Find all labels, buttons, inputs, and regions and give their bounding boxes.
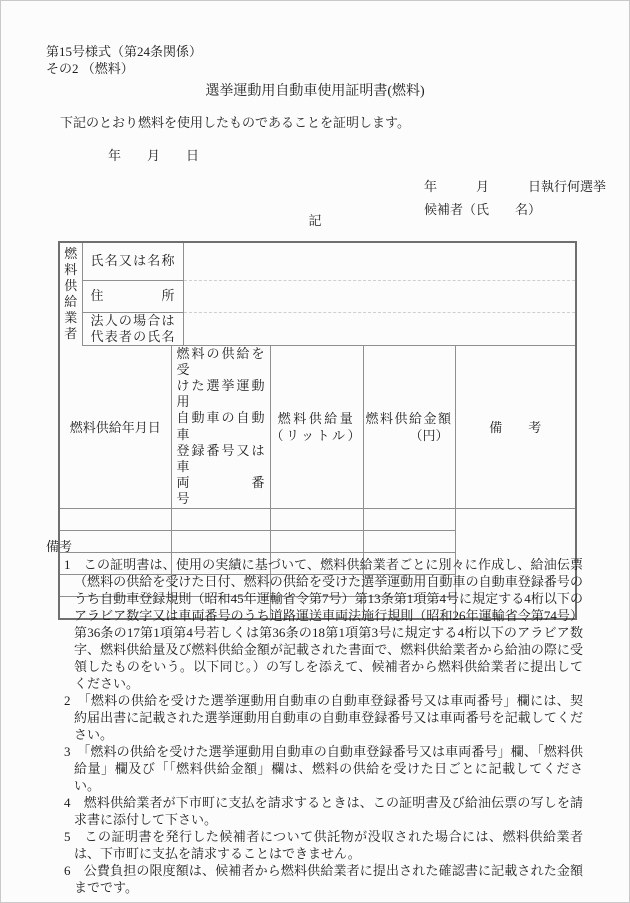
header-fuel-amount-line2: （円） xyxy=(364,427,455,444)
ledger-header-row: 燃料供給年月日 燃料の供給を受 けた選挙運動用 自動車の自動車 登録番号又は車 … xyxy=(60,346,575,509)
supplier-name-value[interactable] xyxy=(183,243,575,280)
notes-label: 備考 xyxy=(46,538,583,555)
supplier-name-label: 氏名又は名称 xyxy=(82,243,183,280)
supplier-representative-row: 法人の場合は 代表者の氏名 xyxy=(60,312,575,345)
form-subtype: その2 （燃料） xyxy=(46,58,134,77)
document-page: 第15号様式（第24条関係） その2 （燃料） 選挙運動用自動車使用証明書(燃料… xyxy=(0,0,630,903)
supplier-representative-value[interactable] xyxy=(183,312,575,345)
note-item-6: 6 公費負担の限度額は、候補者から燃料供給業者に提出された確認書に記載された金額… xyxy=(74,862,583,896)
document-title: 選挙運動用自動車使用証明書(燃料) xyxy=(1,80,629,100)
note-item-5: 5 この証明書を発行した候補者について供託物が没収された場合には、燃料供給業者は… xyxy=(74,828,583,862)
supplier-info-table: 燃 料 供 給 業 者 氏名又は名称 住 所 法人の場合は 代表者の氏名 xyxy=(60,243,575,346)
cell-vehicle[interactable] xyxy=(171,508,270,530)
supplier-address-value[interactable] xyxy=(183,280,575,312)
header-fuel-amount-line1: 燃料供給金額 xyxy=(364,410,455,427)
note-item-1: 1 この証明書は、使用の実績に基づいて、燃料供給業者ごとに別々に作成し、給油伝票… xyxy=(74,556,583,692)
supplier-address-label: 住 所 xyxy=(82,280,183,312)
supplier-address-row: 住 所 xyxy=(60,280,575,312)
cell-quantity[interactable] xyxy=(270,508,363,530)
header-remarks: 備 考 xyxy=(455,346,575,509)
cell-date[interactable] xyxy=(60,508,171,530)
note-item-2: 2 「燃料の供給を受けた選挙運動用自動車の自動車登録番号又は車両番号」欄には、契… xyxy=(74,692,583,743)
supplier-side-label: 燃 料 供 給 業 者 xyxy=(60,243,82,345)
note-item-3: 3 「燃料の供給を受けた選挙運動用自動車の自動車登録番号又は車両番号」欄、「燃料… xyxy=(74,743,583,794)
header-fuel-amount: 燃料供給金額 （円） xyxy=(363,346,455,509)
ledger-row-1 xyxy=(60,508,575,530)
certification-statement: 下記のとおり燃料を使用したものであることを証明します。 xyxy=(60,112,410,131)
header-supply-date: 燃料供給年月日 xyxy=(60,346,171,509)
notes-section: 備考 1 この証明書は、使用の実績に基づいて、燃料供給業者ごとに別々に作成し、給… xyxy=(46,538,583,896)
record-mark: 記 xyxy=(1,210,629,229)
supplier-representative-label: 法人の場合は 代表者の氏名 xyxy=(82,312,183,345)
header-vehicle-number: 燃料の供給を受 けた選挙運動用 自動車の自動車 登録番号又は車 両 番 号 xyxy=(171,346,270,509)
note-item-4: 4 燃料供給業者が下市町に支払を請求するときは、この証明書及び給油伝票の写しを請… xyxy=(74,794,583,828)
cell-amount[interactable] xyxy=(363,508,455,530)
supplier-name-row: 燃 料 供 給 業 者 氏名又は名称 xyxy=(60,243,575,280)
issue-date-blank[interactable]: 年 月 日 xyxy=(108,145,199,164)
election-date-line[interactable]: 年 月 日執行何選挙 xyxy=(424,175,606,198)
